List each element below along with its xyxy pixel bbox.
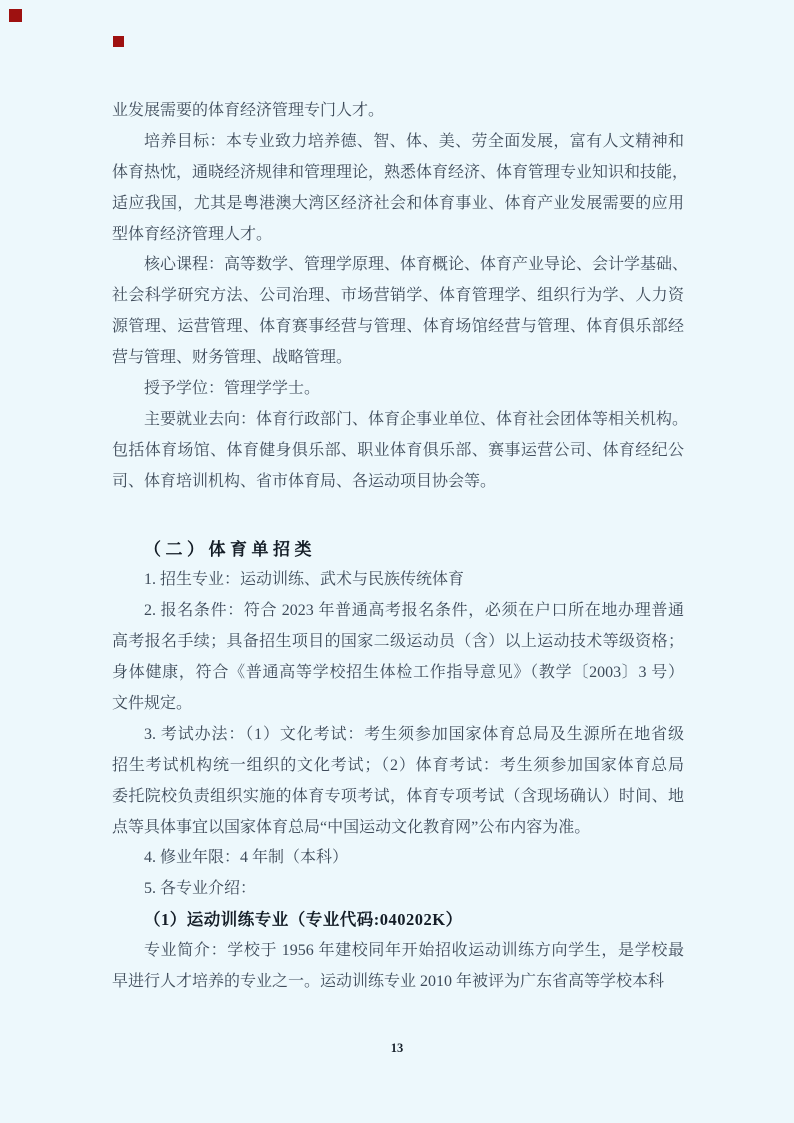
text-line: 司、体育培训机构、省市体育局、各运动项目协会等。	[112, 467, 684, 498]
text-line: 3. 考试办法：（1）文化考试：考生须参加国家体育总局及生源所在地省级	[112, 720, 684, 751]
paragraph: 主要就业去向：体育行政部门、体育企事业单位、体育社会团体等相关机构。包括体育场馆…	[112, 405, 684, 498]
text-line: 主要就业去向：体育行政部门、体育企事业单位、体育社会团体等相关机构。	[112, 405, 684, 436]
text-line: 身体健康，符合《普通高等学校招生体检工作指导意见》（教学〔2003〕3 号）	[112, 658, 684, 689]
text-line: 营与管理、财务管理、战略管理。	[112, 343, 684, 374]
text-line: 2. 报名条件：符合 2023 年普通高考报名条件，必须在户口所在地办理普通	[112, 596, 684, 627]
text-line: 源管理、运营管理、体育赛事经营与管理、体育场馆经营与管理、体育俱乐部经	[112, 312, 684, 343]
red-square-mark-2	[113, 36, 124, 47]
spacer	[112, 498, 684, 535]
paragraph: 5. 各专业介绍：	[112, 874, 684, 905]
text-line: 业发展需要的体育经济管理专门人才。	[112, 96, 684, 127]
paragraph: 2. 报名条件：符合 2023 年普通高考报名条件，必须在户口所在地办理普通高考…	[112, 596, 684, 720]
page-number: 13	[0, 1039, 794, 1057]
heading: （二）体育单招类	[112, 535, 684, 566]
text-line: （二）体育单招类	[112, 535, 684, 566]
text-line: 适应我国，尤其是粤港澳大湾区经济社会和体育事业、体育产业发展需要的应用	[112, 189, 684, 220]
text-line: 5. 各专业介绍：	[112, 874, 684, 905]
text-line: 高考报名手续；具备招生项目的国家二级运动员（含）以上运动技术等级资格；	[112, 627, 684, 658]
text-line: 体育热忱，通晓经济规律和管理理论，熟悉体育经济、体育管理专业知识和技能，	[112, 158, 684, 189]
red-square-mark-1	[9, 9, 22, 22]
text-line: （1）运动训练专业（专业代码:040202K）	[112, 905, 684, 936]
text-line: 1. 招生专业：运动训练、武术与民族传统体育	[112, 565, 684, 596]
paragraph: 授予学位：管理学学士。	[112, 374, 684, 405]
paragraph: 4. 修业年限：4 年制（本科）	[112, 843, 684, 874]
text-line: 早进行人才培养的专业之一。运动训练专业 2010 年被评为广东省高等学校本科	[112, 967, 684, 998]
text-line: 点等具体事宜以国家体育总局“中国运动文化教育网”公布内容为准。	[112, 813, 684, 844]
text-line: 社会科学研究方法、公司治理、市场营销学、体育管理学、组织行为学、人力资	[112, 281, 684, 312]
text-line: 专业简介：学校于 1956 年建校同年开始招收运动训练方向学生，是学校最	[112, 936, 684, 967]
paragraph: 1. 招生专业：运动训练、武术与民族传统体育	[112, 565, 684, 596]
text-line: 培养目标：本专业致力培养德、智、体、美、劳全面发展，富有人文精神和	[112, 127, 684, 158]
text-line: 文件规定。	[112, 689, 684, 720]
text-line: 授予学位：管理学学士。	[112, 374, 684, 405]
text-line: 4. 修业年限：4 年制（本科）	[112, 843, 684, 874]
text-line: 包括体育场馆、体育健身俱乐部、职业体育俱乐部、赛事运营公司、体育经纪公	[112, 436, 684, 467]
paragraph: 培养目标：本专业致力培养德、智、体、美、劳全面发展，富有人文精神和体育热忱，通晓…	[112, 127, 684, 251]
text-line: 委托院校负责组织实施的体育专项考试，体育专项考试（含现场确认）时间、地	[112, 782, 684, 813]
text-line: 招生考试机构统一组织的文化考试；（2）体育考试：考生须参加国家体育总局	[112, 751, 684, 782]
text-line: 型体育经济管理人才。	[112, 220, 684, 251]
paragraph: 3. 考试办法：（1）文化考试：考生须参加国家体育总局及生源所在地省级招生考试机…	[112, 720, 684, 844]
document-page: 业发展需要的体育经济管理专门人才。培养目标：本专业致力培养德、智、体、美、劳全面…	[0, 0, 794, 1123]
text-line: 核心课程：高等数学、管理学原理、体育概论、体育产业导论、会计学基础、	[112, 250, 684, 281]
subheading: （1）运动训练专业（专业代码:040202K）	[112, 905, 684, 936]
paragraph: 核心课程：高等数学、管理学原理、体育概论、体育产业导论、会计学基础、社会科学研究…	[112, 250, 684, 374]
paragraph: 专业简介：学校于 1956 年建校同年开始招收运动训练方向学生，是学校最早进行人…	[112, 936, 684, 998]
continuation: 业发展需要的体育经济管理专门人才。	[112, 96, 684, 127]
text-column: 业发展需要的体育经济管理专门人才。培养目标：本专业致力培养德、智、体、美、劳全面…	[112, 96, 684, 998]
